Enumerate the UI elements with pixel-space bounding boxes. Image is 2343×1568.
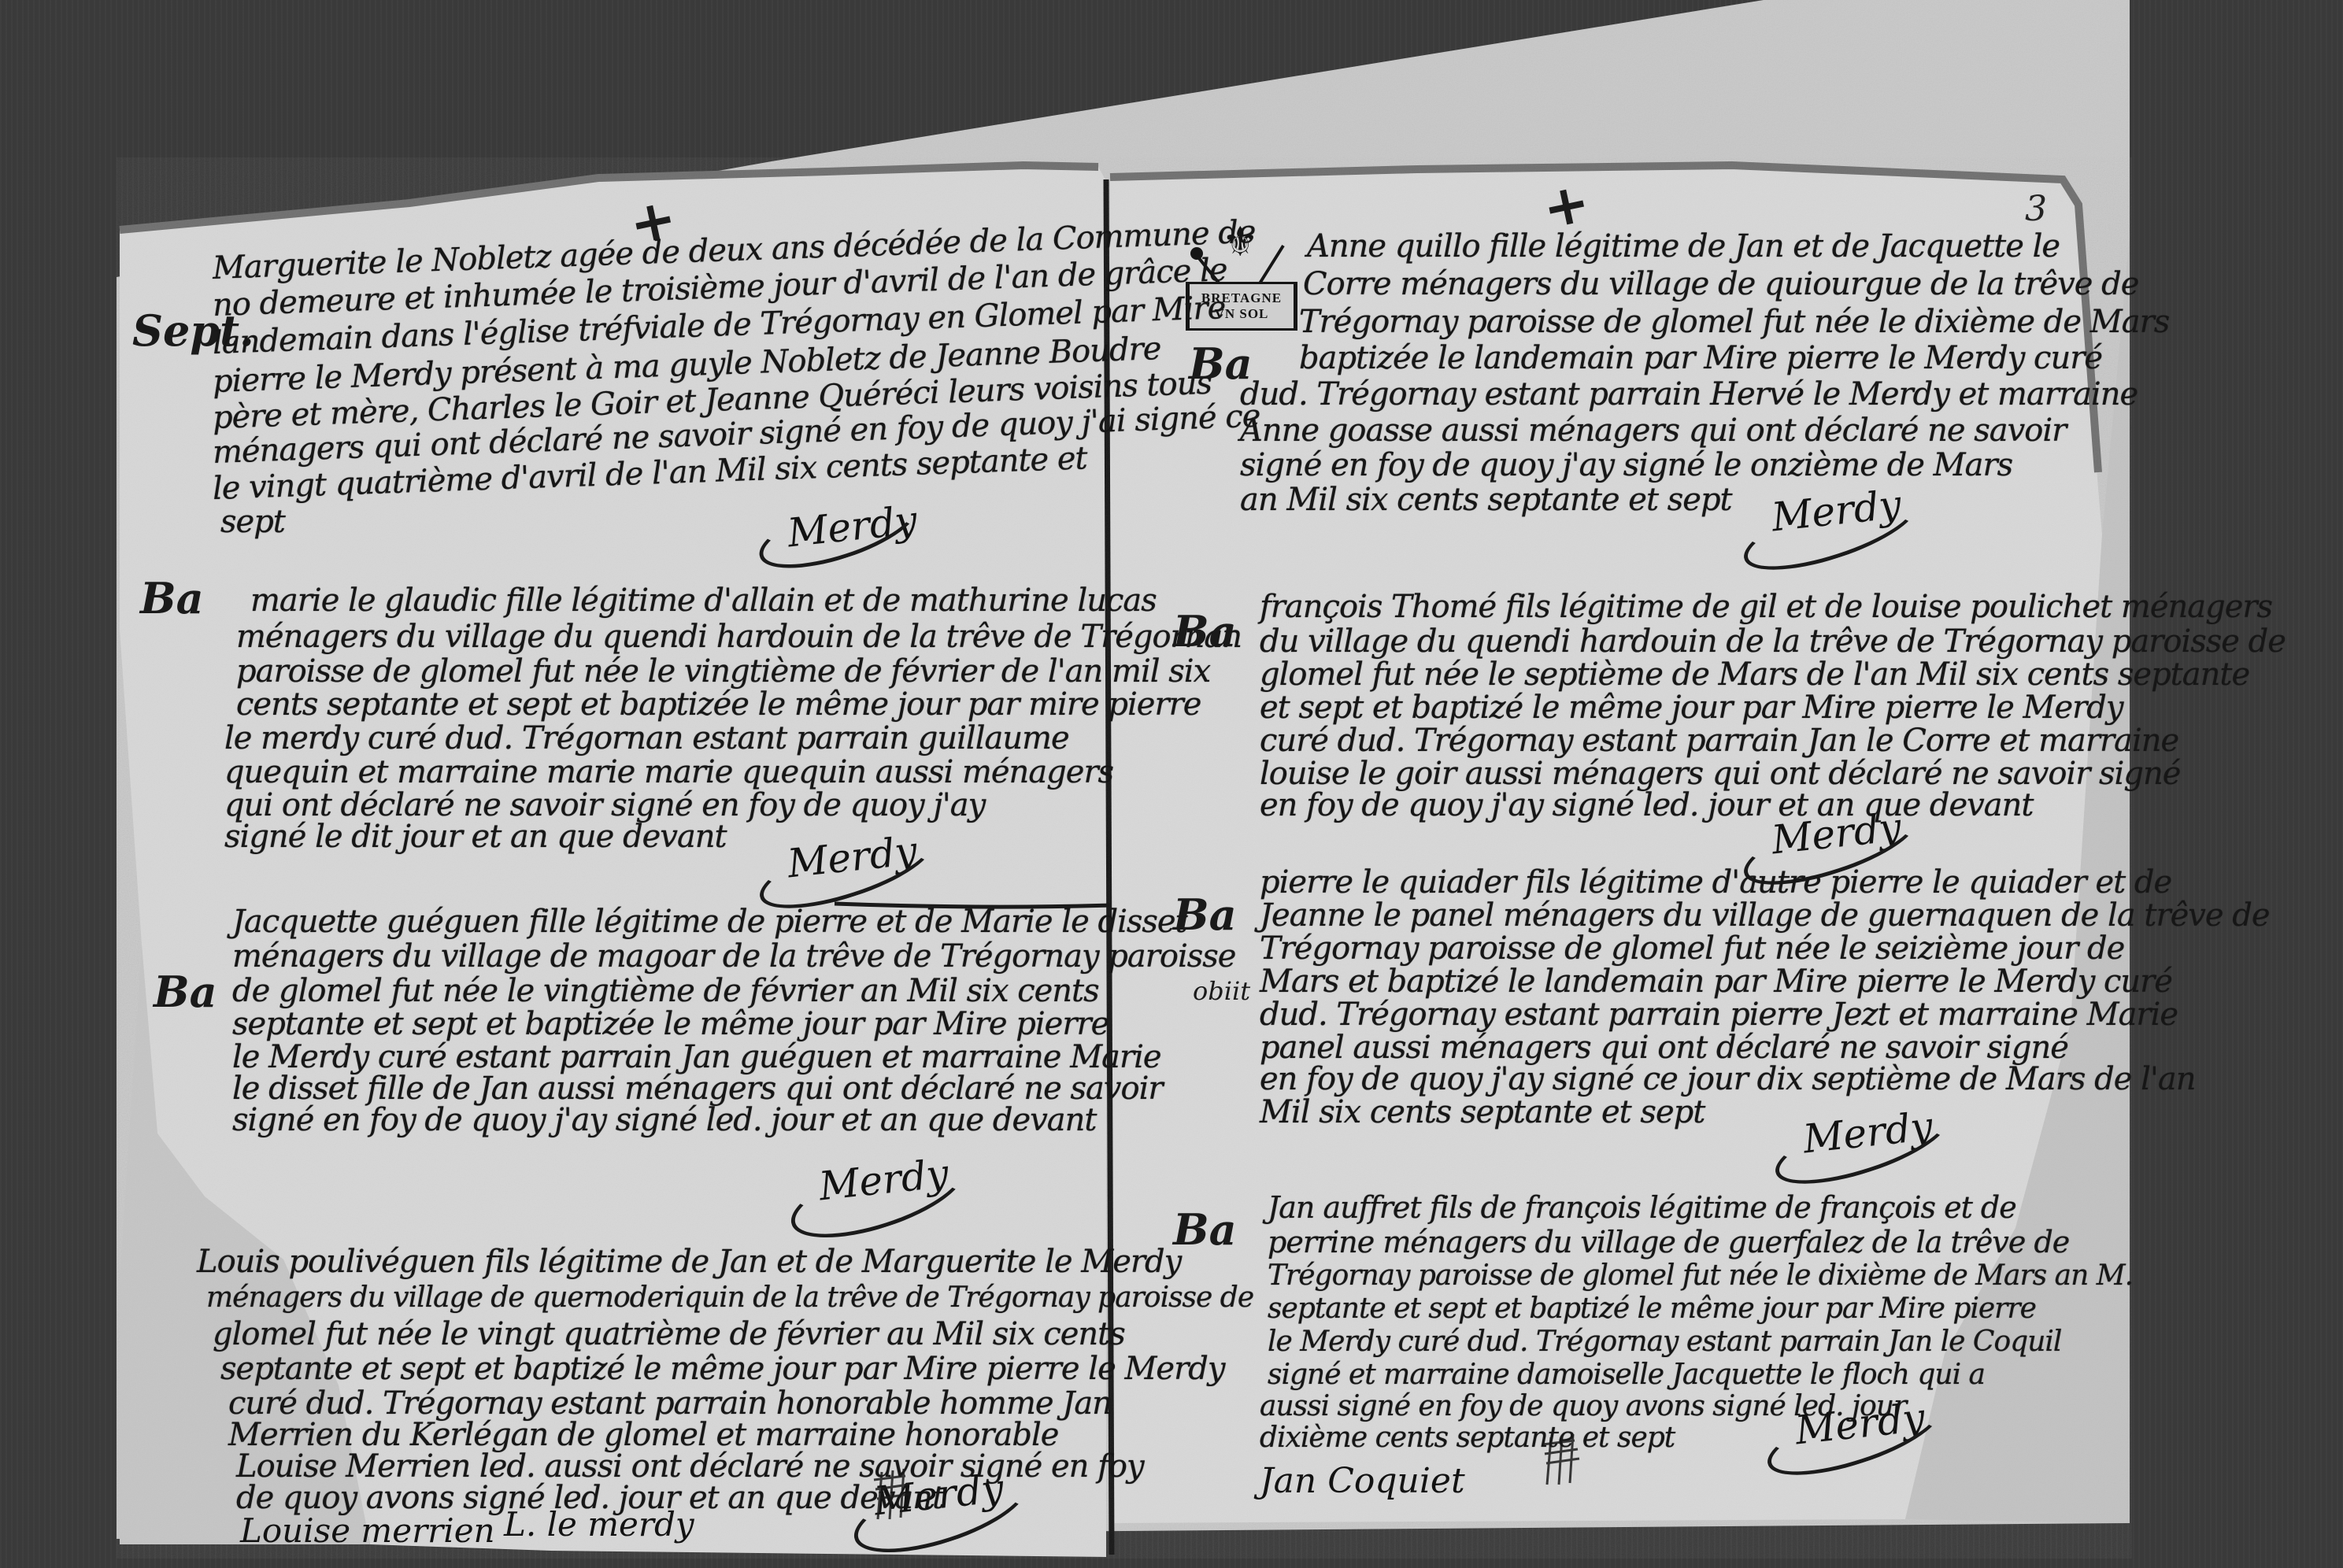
crosshatch-mark-icon — [1543, 1434, 1579, 1485]
crosshatch-mark-icon — [874, 1469, 910, 1519]
paraph-marks — [0, 0, 2343, 1568]
